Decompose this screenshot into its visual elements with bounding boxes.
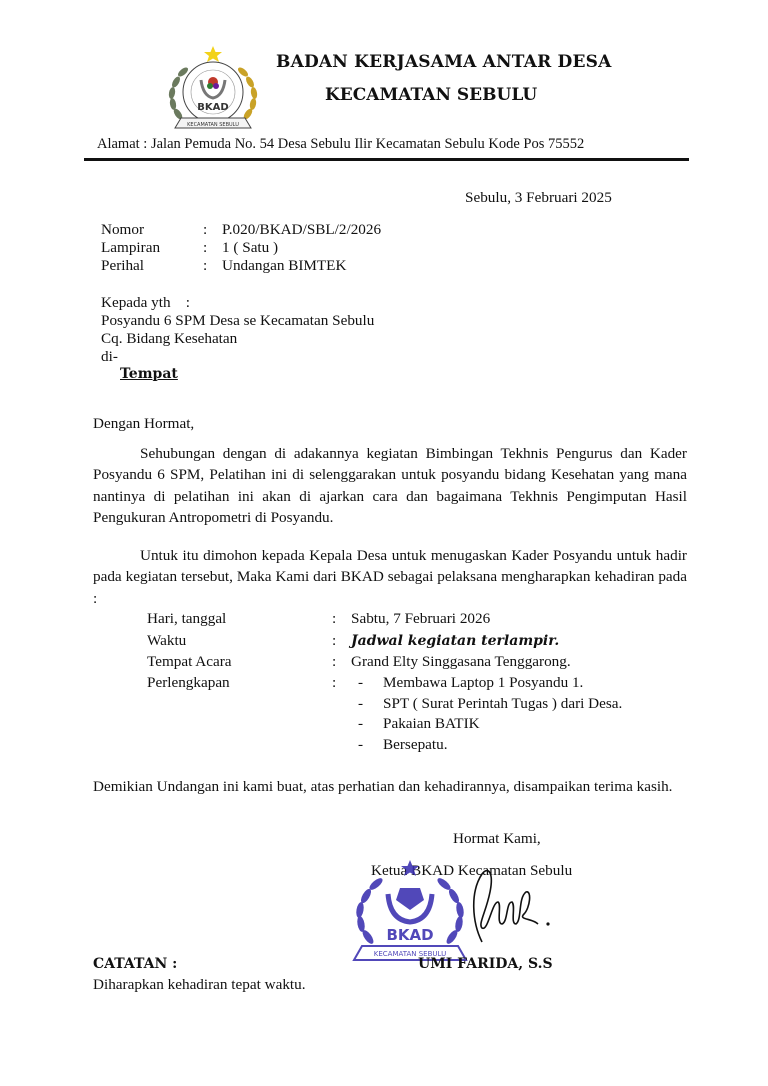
note-title: CATATAN :	[93, 956, 177, 972]
equipment-item: Membawa Laptop 1 Posyandu 1.	[383, 674, 583, 692]
list-bullet: -	[358, 736, 363, 754]
meta-value-nomor: P.020/BKAD/SBL/2/2026	[222, 221, 381, 239]
detail-colon: :	[332, 653, 336, 671]
meta-label-nomor: Nomor	[101, 221, 144, 239]
list-bullet: -	[358, 715, 363, 733]
meta-colon: :	[203, 257, 207, 275]
bkad-logo: BKAD KECAMATAN SEBULU	[163, 44, 263, 138]
note-text: Diharapkan kehadiran tepat waktu.	[93, 976, 306, 994]
paragraph-1-text: Sehubungan dengan di adakannya kegiatan …	[93, 445, 687, 526]
list-bullet: -	[358, 674, 363, 692]
meta-label-lampiran: Lampiran	[101, 239, 160, 257]
closing-paragraph: Demikian Undangan ini kami buat, atas pe…	[93, 776, 687, 797]
svg-text:KECAMATAN SEBULU: KECAMATAN SEBULU	[187, 122, 239, 128]
recipient-line: Kepada yth :	[101, 294, 190, 312]
meta-colon: :	[203, 221, 207, 239]
detail-colon: :	[332, 632, 336, 650]
detail-value-date: Sabtu, 7 Februari 2026	[351, 610, 490, 628]
recipient-place: Tempat	[120, 366, 178, 382]
signature-greeting: Hormat Kami,	[453, 830, 541, 848]
detail-value-venue: Grand Elty Singgasana Tenggarong.	[351, 653, 571, 671]
handwritten-signature	[452, 862, 562, 954]
detail-value-time: Jadwal kegiatan terlampir.	[351, 632, 559, 650]
meta-colon: :	[203, 239, 207, 257]
salutation: Dengan Hormat,	[93, 415, 194, 433]
meta-label-perihal: Perihal	[101, 257, 144, 275]
detail-label-date: Hari, tanggal	[147, 610, 226, 628]
paragraph-2: Untuk itu dimohon kepada Kepala Desa unt…	[93, 545, 687, 609]
meta-value-lampiran: 1 ( Satu )	[222, 239, 278, 257]
org-name: BADAN KERJASAMA ANTAR DESA	[276, 52, 606, 72]
list-bullet: -	[358, 695, 363, 713]
equipment-item: Pakaian BATIK	[383, 715, 480, 733]
svg-text:BKAD: BKAD	[197, 102, 228, 113]
detail-colon: :	[332, 610, 336, 628]
svg-text:BKAD: BKAD	[386, 926, 433, 944]
place-date: Sebulu, 3 Februari 2025	[465, 189, 612, 207]
recipient-line: Posyandu 6 SPM Desa se Kecamatan Sebulu	[101, 312, 374, 330]
paragraph-2-text: Untuk itu dimohon kepada Kepala Desa unt…	[93, 547, 687, 607]
equipment-item: Bersepatu.	[383, 736, 448, 754]
detail-label-time: Waktu	[147, 632, 186, 650]
paragraph-1: Sehubungan dengan di adakannya kegiatan …	[93, 443, 687, 528]
district-name: KECAMATAN SEBULU	[325, 85, 537, 105]
recipient-line: di-	[101, 348, 118, 366]
signer-name: UMI FARIDA, S.S	[418, 956, 553, 972]
recipient-line: Cq. Bidang Kesehatan	[101, 330, 237, 348]
header-divider	[84, 158, 689, 161]
address: Alamat : Jalan Pemuda No. 54 Desa Sebulu…	[97, 136, 584, 153]
detail-colon: :	[332, 674, 336, 692]
equipment-item: SPT ( Surat Perintah Tugas ) dari Desa.	[383, 695, 622, 713]
detail-label-venue: Tempat Acara	[147, 653, 232, 671]
detail-label-equipment: Perlengkapan	[147, 674, 230, 692]
meta-value-perihal: Undangan BIMTEK	[222, 257, 346, 275]
